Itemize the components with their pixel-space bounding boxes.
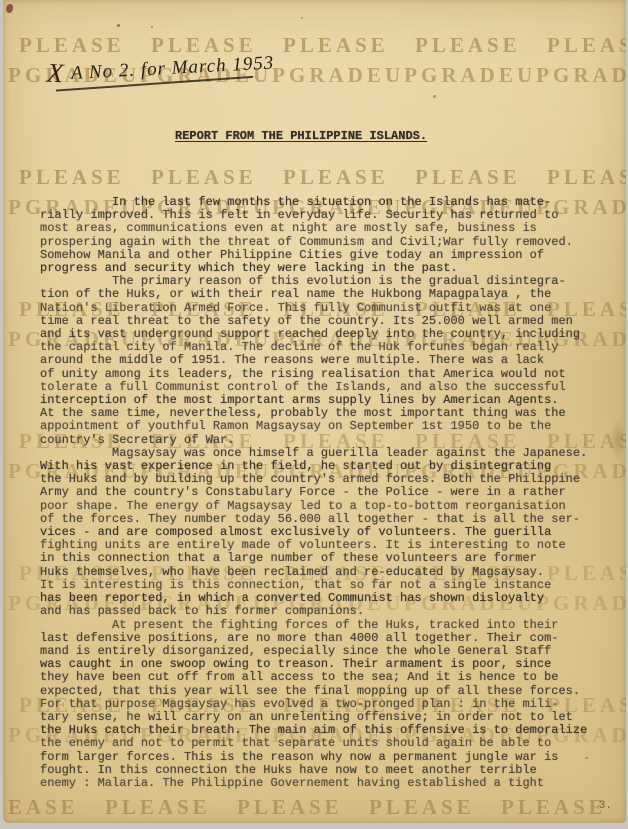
page-number: 3. bbox=[599, 800, 612, 812]
typed-line: last defensive positions, are no more th… bbox=[40, 632, 587, 645]
typed-line: tion of the Huks, or with their real nam… bbox=[40, 288, 587, 301]
typed-line: they have been cut off from all access t… bbox=[40, 671, 587, 684]
paper-smudge bbox=[610, 418, 626, 462]
watermark-word: PLEASE bbox=[283, 33, 389, 58]
typed-line: and has passed back to his former compan… bbox=[40, 605, 587, 618]
handwritten-annotation: X A No 2. for March 1953 bbox=[54, 50, 281, 93]
watermark-word: PLEASE bbox=[501, 795, 607, 820]
watermark-word: PLEASE bbox=[19, 165, 125, 190]
watermark-word: PLEASE bbox=[151, 165, 257, 190]
typed-line: of unity among its leaders, the rising r… bbox=[40, 368, 587, 381]
watermark-word: PLEASE bbox=[369, 795, 475, 820]
watermark-word: PLEASE bbox=[547, 165, 626, 190]
blue-ink-period: . bbox=[580, 446, 587, 460]
watermark-word: PLEASE bbox=[237, 795, 343, 820]
ink-speck bbox=[6, 4, 13, 13]
typed-line: prospering again with the threat of Comm… bbox=[40, 236, 587, 249]
watermark-word: UPGRADE bbox=[385, 63, 517, 88]
typed-line: poor shape. The energy of Magsaysay led … bbox=[40, 500, 587, 513]
watermark-word: PLEASE bbox=[3, 795, 79, 820]
typed-line: At present the fighting forces of the Hu… bbox=[40, 619, 587, 632]
typed-line: form larger forces. This is the reason w… bbox=[40, 751, 587, 764]
typed-line: around the middle of 1951. The reasons w… bbox=[40, 354, 587, 367]
typed-line: enemy : Malaria. The Philippine Governem… bbox=[40, 777, 587, 790]
paper-speck bbox=[117, 24, 120, 27]
paper-speck bbox=[433, 95, 436, 98]
typed-line: Army and the country's Constabulary Forc… bbox=[40, 486, 587, 499]
typed-line: the enemy and not to permit that separat… bbox=[40, 737, 587, 750]
paper-speck bbox=[301, 17, 303, 19]
watermark-word: PLEASE bbox=[547, 33, 626, 58]
paper-speck bbox=[151, 26, 153, 28]
paper-sheet: PLEASEPLEASEPLEASEPLEASEPLEASEPLEASEUPGR… bbox=[3, 0, 626, 823]
watermark-word: PLEASE bbox=[415, 165, 521, 190]
typed-line: expected, that this year will see the fi… bbox=[40, 685, 587, 698]
typed-line: most areas, communications even at night… bbox=[40, 222, 587, 235]
watermark-word: UPGRADE bbox=[517, 63, 626, 88]
typed-line: fought. In this connection the Huks have… bbox=[40, 764, 587, 777]
handwritten-x-mark: X bbox=[46, 57, 64, 89]
watermark-word: PLEASE bbox=[105, 795, 211, 820]
document-title: REPORT FROM THE PHILIPPINE ISLANDS. bbox=[175, 129, 427, 143]
watermark-word: PLEASE bbox=[283, 165, 389, 190]
watermark-word: PLEASE bbox=[19, 33, 125, 58]
typed-line: Huks themselves, who have been reclaimed… bbox=[40, 566, 587, 579]
typed-line: country's Secretary of War. bbox=[40, 434, 587, 447]
scanned-page: PLEASEPLEASEPLEASEPLEASEPLEASEPLEASEUPGR… bbox=[0, 0, 628, 829]
typed-line: For that purpose Magsaysay has evolved a… bbox=[40, 698, 587, 711]
typed-line: appointment of youthful Ramon Magsaysay … bbox=[40, 420, 587, 433]
typed-line: Nation's Liberation Armed Force. This fu… bbox=[40, 302, 587, 315]
handwritten-text: A No 2. for March 1953 bbox=[70, 52, 274, 84]
typed-line: in this connection that a large number o… bbox=[40, 552, 587, 565]
watermark-word: PLEASE bbox=[415, 33, 521, 58]
document-body: In the last few months the situation on … bbox=[40, 196, 587, 790]
